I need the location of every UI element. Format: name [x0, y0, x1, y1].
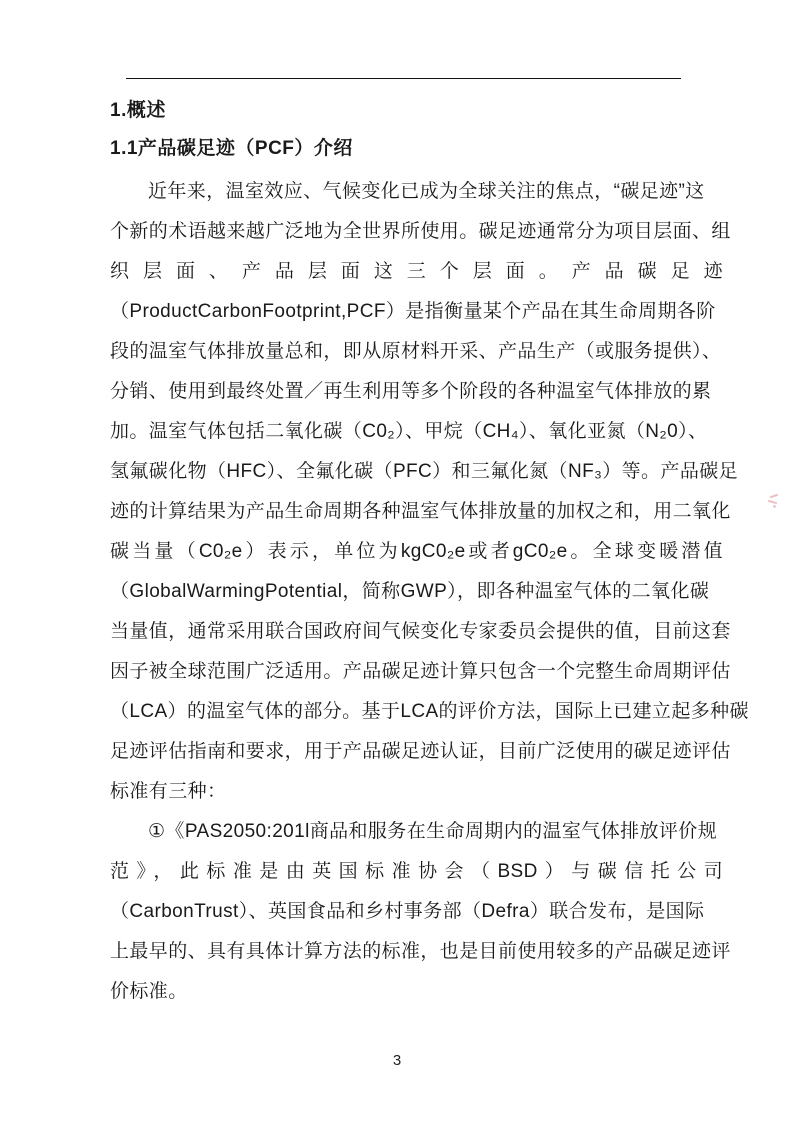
- paragraph-line: 近年来，温室效应、气候变化已成为全球关注的焦点，“碳足迹”这: [110, 172, 723, 212]
- body-text: 近年来，温室效应、气候变化已成为全球关注的焦点，“碳足迹”这 个新的术语越来越广…: [110, 172, 723, 1012]
- paragraph-line: 价标准。: [110, 972, 723, 1012]
- paragraph-line: 氢氟碳化物（HFC）、全氟化碳（PFC）和三氟化氮（NF₃）等。产品碳足: [110, 452, 723, 492]
- paragraph-line: 标准有三种：: [110, 772, 723, 812]
- header-rule: [126, 78, 681, 79]
- paragraph-line: 上最早的、具有具体计算方法的标准，也是目前使用较多的产品碳足迹评: [110, 932, 723, 972]
- paragraph-line: 碳当量（C0₂e）表示，单位为kgC0₂e或者gC0₂e。全球变暖潜值: [110, 532, 723, 572]
- paragraph-line: ①《PAS2050:201l商品和服务在生命周期内的温室气体排放评价规: [110, 812, 723, 852]
- red-annotation-mark: [766, 492, 780, 510]
- paragraph-line: 织层面、产品层面这三个层面。产品碳足迹: [110, 252, 723, 292]
- page-number: 3: [0, 1052, 794, 1069]
- paragraph-line: 足迹评估指南和要求，用于产品碳足迹认证，目前广泛使用的碳足迹评估: [110, 732, 723, 772]
- paragraph-line: 加。温室气体包括二氧化碳（C0₂）、甲烷（CH₄）、氧化亚氮（N₂0）、: [110, 412, 723, 452]
- paragraph-line: （LCA）的温室气体的部分。基于LCA的评价方法，国际上已建立起多种碳: [110, 692, 723, 732]
- red-annotation-stroke: [770, 494, 778, 499]
- red-annotation-dot: [773, 505, 776, 508]
- paragraph-line: 当量值，通常采用联合国政府间气候变化专家委员会提供的值，目前这套: [110, 612, 723, 652]
- document-page: 1.概述 1.1产品碳足迹（PCF）介绍 近年来，温室效应、气候变化已成为全球关…: [0, 0, 794, 1123]
- subsection-heading: 1.1产品碳足迹（PCF）介绍: [110, 133, 722, 160]
- paragraph-line: 段的温室气体排放量总和，即从原材料开采、产品生产（或服务提供）、: [110, 332, 723, 372]
- paragraph-line: 分销、使用到最终处置／再生利用等多个阶段的各种温室气体排放的累: [110, 372, 723, 412]
- paragraph-line: （GlobalWarmingPotential，简称GWP），即各种温室气体的二…: [110, 572, 723, 612]
- paragraph-line: （CarbonTrust）、英国食品和乡村事务部（Defra）联合发布，是国际: [110, 892, 723, 932]
- section-heading: 1.概述: [110, 95, 722, 122]
- paragraph-line: 个新的术语越来越广泛地为全世界所使用。碳足迹通常分为项目层面、组: [110, 212, 723, 252]
- paragraph-line: 迹的计算结果为产品生命周期各种温室气体排放量的加权之和，用二氧化: [110, 492, 723, 532]
- paragraph-line: 范》，此标准是由英国标准协会（BSD）与碳信托公司: [110, 852, 723, 892]
- red-annotation-stroke: [768, 500, 777, 504]
- paragraph-line: （ProductCarbonFootprint,PCF）是指衡量某个产品在其生命…: [110, 292, 723, 332]
- paragraph-line: 因子被全球范围广泛适用。产品碳足迹计算只包含一个完整生命周期评估: [110, 652, 723, 692]
